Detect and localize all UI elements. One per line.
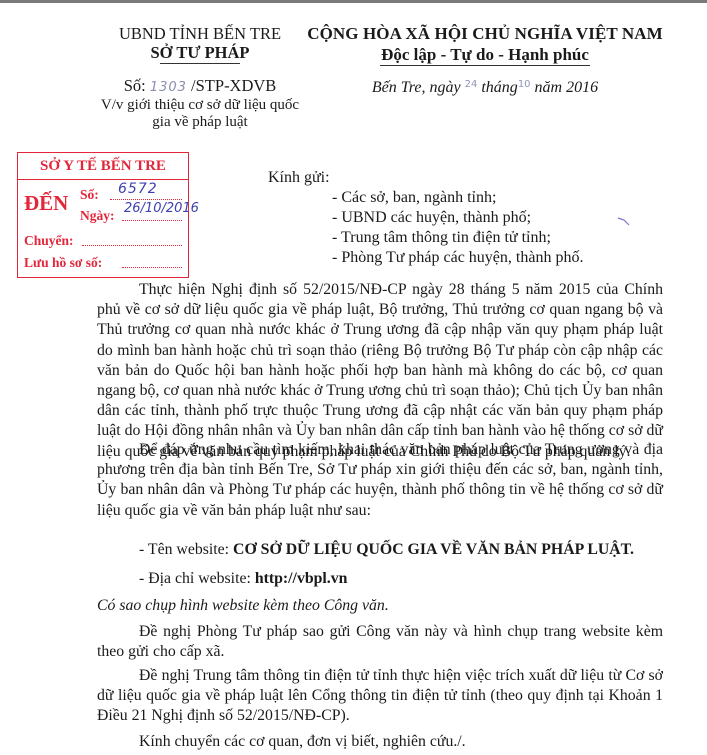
salutation: Kính gửi:	[268, 168, 583, 188]
issuer-org: UBND TỈNH BẾN TRE	[100, 24, 300, 43]
stamp-ngay-value: 26/10/2016	[124, 201, 199, 216]
recipient-item: - Các sở, ban, ngành tỉnh;	[332, 188, 583, 208]
date-month-label: tháng	[481, 79, 517, 96]
website-address-line: - Địa chỉ website: http://vbpl.vn	[139, 570, 347, 588]
body-paragraph-4: Đề nghị Trung tâm thông tin điện tử tỉnh…	[97, 666, 663, 727]
closing-line: Kính chuyển các cơ quan, đơn vị biết, ng…	[139, 733, 466, 751]
recipient-item: - UBND các huyện, thành phố;	[332, 208, 583, 228]
recipient-item: - Phòng Tư pháp các huyện, thành phố.	[332, 248, 583, 268]
attachment-note: Có sao chụp hình website kèm theo Công v…	[97, 597, 389, 615]
paragraph-request-justice: Đề nghị Phòng Tư pháp sao gửi Công văn n…	[97, 622, 663, 662]
website-name: CƠ SỞ DỮ LIỆU QUỐC GIA VỀ VĂN BẢN PHÁP L…	[233, 541, 634, 558]
stamp-so-label: Số:	[80, 187, 99, 203]
stamp-den: ĐẾN	[24, 191, 68, 216]
recipient-item: - Trung tâm thông tin điện tử tỉnh;	[332, 228, 583, 248]
subject-line-1: V/v giới thiệu cơ sở dữ liệu quốc	[100, 97, 300, 114]
website-name-label: - Tên website:	[139, 541, 229, 558]
motto-rule	[380, 65, 590, 66]
national-header: CỘNG HÒA XÃ HỘI CHỦ NGHĨA VIỆT NAM Độc l…	[300, 24, 670, 97]
document-date: Bến Tre, ngày 24 tháng10 năm 2016	[300, 79, 670, 97]
national-motto: Độc lập - Tự do - Hạnh phúc	[300, 44, 670, 65]
number-handwritten: 1303	[150, 80, 187, 95]
body-paragraph-2: Để đáp ứng nhu cầu tìm kiếm, khai thác v…	[97, 440, 663, 521]
stamp-luu-label: Lưu hồ sơ số:	[24, 255, 102, 271]
date-day-handwritten: 24	[465, 79, 478, 90]
date-place: Bến Tre, ngày	[372, 79, 461, 96]
website-address-link[interactable]: http://vbpl.vn	[255, 570, 348, 587]
date-year: năm 2016	[535, 79, 599, 96]
recipients-block: Kính gửi: - Các sở, ban, ngành tỉnh; - U…	[268, 168, 583, 268]
issuer-header: UBND TỈNH BẾN TRE SỞ TƯ PHÁP Số: 1303 /S…	[100, 24, 300, 131]
received-stamp: SỞ Y TẾ BẾN TRE ĐẾN Số: 6572 Ngày: 26/10…	[17, 152, 189, 278]
body-paragraph-1: Thực hiện Nghị định số 52/2015/NĐ-CP ngà…	[97, 280, 663, 462]
website-name-line: - Tên website: CƠ SỞ DỮ LIỆU QUỐC GIA VỀ…	[139, 541, 634, 559]
website-address-label: - Địa chỉ website:	[139, 570, 251, 587]
paragraph-decree: Thực hiện Nghị định số 52/2015/NĐ-CP ngà…	[97, 280, 663, 462]
stamp-so-value: 6572	[118, 181, 158, 197]
stamp-title: SỞ Y TẾ BẾN TRE	[18, 153, 188, 180]
stamp-chuyen-label: Chuyển:	[24, 233, 74, 249]
stamp-ngay-label: Ngày:	[80, 208, 115, 224]
scan-top-border	[0, 0, 707, 3]
pen-mark-icon	[617, 216, 631, 226]
number-prefix: Số:	[124, 76, 146, 95]
issuer-department: SỞ TƯ PHÁP	[100, 43, 300, 62]
number-suffix: /STP-XDVB	[191, 76, 276, 95]
date-month-handwritten: 10	[518, 79, 531, 90]
paragraph-introduction: Để đáp ứng nhu cầu tìm kiếm, khai thác v…	[97, 440, 663, 521]
document-number: Số: 1303 /STP-XDVB	[100, 76, 300, 97]
header-rule	[160, 63, 240, 64]
subject-line-2: gia về pháp luật	[100, 114, 300, 131]
paragraph-request-portal: Đề nghị Trung tâm thông tin điện tử tỉnh…	[97, 666, 663, 727]
stamp-luu-dots	[122, 255, 182, 268]
body-paragraph-3: Đề nghị Phòng Tư pháp sao gửi Công văn n…	[97, 622, 663, 662]
nation-title: CỘNG HÒA XÃ HỘI CHỦ NGHĨA VIỆT NAM	[300, 24, 670, 44]
stamp-chuyen-dots	[82, 233, 182, 246]
